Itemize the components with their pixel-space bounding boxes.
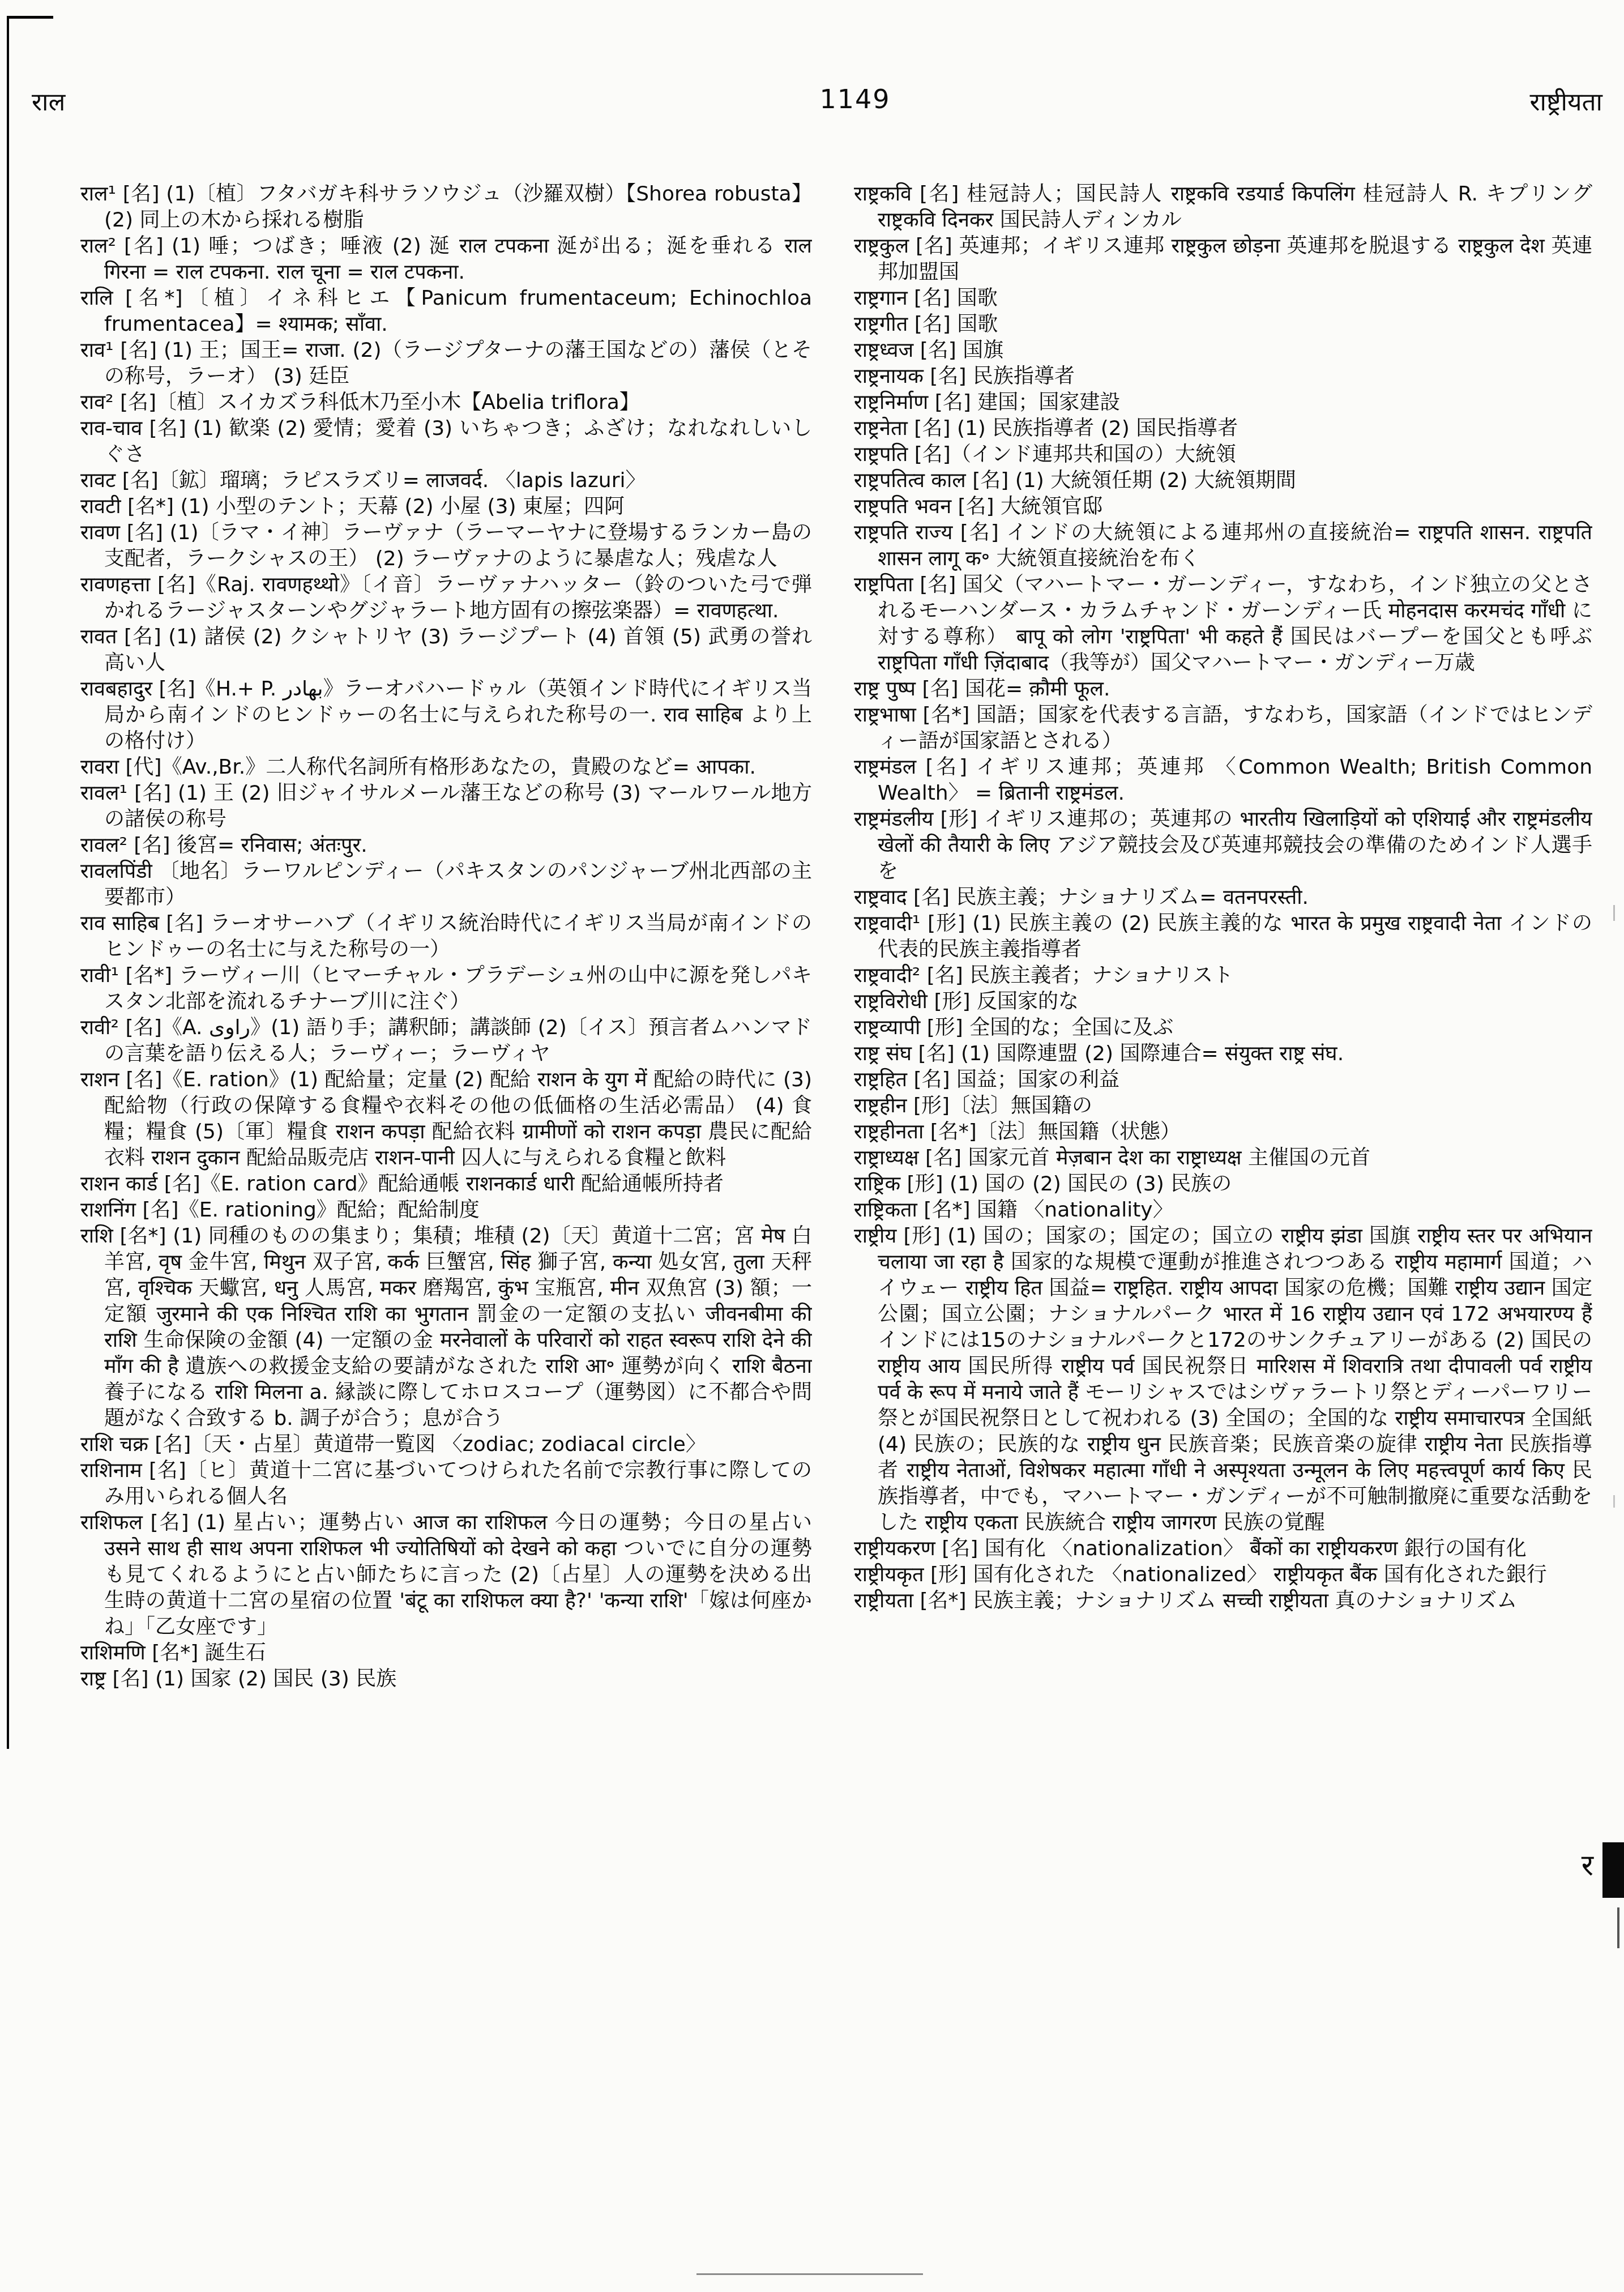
entry-headword: रालि	[80, 287, 113, 310]
dictionary-entry: रावी¹ [名*] ラーヴィー川（ヒマーチャル・プラデーシュ州の山中に源を発し…	[80, 963, 812, 1015]
running-head-right: राष्ट्रीयता	[1530, 84, 1602, 118]
entry-headword: राशन	[80, 1068, 119, 1091]
dictionary-entry: राष्ट्रकुल [名] 英連邦；イギリス連邦 राष्ट्रकुल छोड…	[854, 233, 1592, 285]
dictionary-entry: राष्ट्रपति [名]（インド連邦共和国の）大統領	[854, 442, 1592, 468]
entry-headword: राष्ट्रीयकृत	[854, 1563, 924, 1586]
dictionary-entry: राष्ट्रविरोधी [形] 反国家的な	[854, 989, 1592, 1015]
column-right: राष्ट्रकवि [名] 桂冠詩人；国民詩人 राष्ट्रकवि रडया…	[854, 181, 1592, 2254]
dictionary-entry: राशनिंग [名]《E. rationing》配給；配給制度	[80, 1197, 812, 1223]
left-margin-rule	[7, 16, 9, 1749]
dictionary-entry: राष्ट्रीयता [名*] 民族主義；ナショナリズム सच्ची राष्…	[854, 1588, 1592, 1614]
entry-headword: रावणहत्ता	[80, 573, 150, 596]
page-number: 1149	[770, 84, 940, 114]
dictionary-entry: राशि चक्र [名]〔天・占星〕黄道帯一覧図 〈zodiac; zodia…	[80, 1432, 812, 1458]
dictionary-entry: राल¹ [名] (1)〔植〕フタバガキ科サラソウジュ（沙羅双樹）【Shorea…	[80, 181, 812, 233]
dictionary-entry: रावण [名] (1)〔ラマ・イ神〕ラーヴァナ（ラーマーヤナに登場するランカー…	[80, 520, 812, 572]
entry-headword: राल²	[80, 234, 116, 258]
entry-headword: राष्ट्रवाद	[854, 886, 907, 909]
dictionary-entry: राशन [名]《E. ration》(1) 配給量；定量 (2) 配給 राश…	[80, 1067, 812, 1171]
dictionary-entry: राष्ट्रगीत [名] 国歌	[854, 311, 1592, 338]
dictionary-entry: रावल¹ [名] (1) 王 (2) 旧ジャイサルメール藩王などの称号 (3)…	[80, 780, 812, 833]
entry-headword: राशन कार्ड	[80, 1172, 157, 1196]
entry-headword: रावल²	[80, 834, 127, 857]
entry-headword: राष्ट्रध्वज	[854, 339, 913, 362]
dictionary-entry: रावलपिंडी 〔地名〕ラーワルピンディー（パキスタンのパンジャーブ州北西部…	[80, 859, 812, 911]
entry-headword: राशनिंग	[80, 1198, 136, 1222]
entry-headword: राष्ट्रविरोधी	[854, 990, 928, 1013]
entry-headword: राष्ट्रमंडल	[854, 756, 916, 779]
entry-headword: राष्ट्र संघ	[854, 1042, 912, 1065]
entry-headword: राष्ट्रपिता	[854, 573, 913, 596]
dictionary-entry: रावरा [代]《Av.,Br.》二人称代名詞所有格形あなたの，貴殿のなど= …	[80, 754, 812, 780]
dictionary-page: राल 1149 राष्ट्रीयता राल¹ [名] (1)〔植〕フタバガ…	[0, 0, 1624, 2292]
entry-headword: राशि चक्र	[80, 1433, 148, 1456]
scan-artifact	[1613, 1495, 1615, 1508]
dictionary-entry: राष्ट्रिकता [名*] 国籍 〈nationality〉	[854, 1197, 1592, 1223]
entry-headword: राष्ट्रपतित्व काल	[854, 469, 966, 492]
dictionary-entry: राष्ट्रध्वज [名] 国旗	[854, 338, 1592, 364]
entry-headword: राल¹	[80, 182, 116, 206]
dictionary-entry: राष्ट्रवादी² [名] 民族主義者；ナショナリスト	[854, 963, 1592, 989]
entry-headword: रावरा	[80, 756, 119, 779]
entry-headword: राष्ट्रपति	[854, 443, 908, 466]
entry-headword: राष्ट्रीय	[854, 1224, 896, 1248]
entry-headword: राष्ट्रीयकरण	[854, 1537, 935, 1560]
dictionary-entry: राष्ट्रपिता [名] 国父（マハートマー・ガーンディー，すなわち，イン…	[854, 572, 1592, 676]
dictionary-entry: राष्ट्रिक [形] (1) 国の (2) 国民の (3) 民族の	[854, 1171, 1592, 1197]
entry-headword: राष्ट्रनायक	[854, 365, 924, 388]
dictionary-entry: राष्ट्रमंडलीय [形] イギリス連邦の；英連邦の भारतीय खि…	[854, 806, 1592, 885]
entry-headword: राव-चाव	[80, 417, 142, 440]
dictionary-entry: राष्ट्रपति भवन [名] 大統領官邸	[854, 494, 1592, 520]
entry-headword: राष्ट्रकुल	[854, 234, 909, 258]
entry-headword: राशि	[80, 1224, 113, 1248]
dictionary-entry: राशन कार्ड [名]《E. ration card》配給通帳 राशनक…	[80, 1171, 812, 1197]
dictionary-entry: राष्ट्रीयकृत [形] 国有化された 〈nationalized〉 र…	[854, 1562, 1592, 1588]
dictionary-entry: राष्ट्रनिर्माण [名] 建国；国家建設	[854, 390, 1592, 416]
dictionary-entry: राव-चाव [名] (1) 歓楽 (2) 愛情；愛着 (3) いちゃつき；ふ…	[80, 416, 812, 468]
dictionary-entry: राष्ट्र [名] (1) 国家 (2) 国民 (3) 民族	[80, 1666, 812, 1692]
entry-headword: रावल¹	[80, 782, 127, 805]
entry-headword: राव¹	[80, 339, 114, 362]
entry-headword: राष्ट्रिक	[854, 1172, 900, 1196]
entry-headword: रावटी	[80, 495, 121, 518]
entry-headword: रावट	[80, 469, 116, 492]
entry-headword: राष्ट्रीयता	[854, 1589, 913, 1612]
dictionary-entry: रावत [名] (1) 諸侯 (2) クシャトリヤ (3) ラージプート (4…	[80, 624, 812, 676]
dictionary-entry: राष्ट्रीय [形] (1) 国の；国家の；国定の；国立の राष्ट्र…	[854, 1223, 1592, 1536]
dictionary-entry: राशिमणि [名*] 誕生石	[80, 1640, 812, 1666]
entry-headword: रावी¹	[80, 964, 119, 987]
scan-artifact	[696, 2273, 923, 2275]
entry-headword: राशिमणि	[80, 1641, 146, 1664]
dictionary-entry: राष्ट्रीयकरण [名] 国有化 〈nationalization〉 ब…	[854, 1536, 1592, 1562]
dictionary-entry: राष्ट्रनायक [名] 民族指導者	[854, 364, 1592, 390]
dictionary-entry: राष्ट्रभाषा [名*] 国語；国家を代表する言語，すなわち，国家語（イ…	[854, 702, 1592, 754]
entry-headword: राव²	[80, 391, 114, 414]
dictionary-entry: रावटी [名*] (1) 小型のテント；天幕 (2) 小屋 (3) 東屋；四…	[80, 494, 812, 520]
scan-artifact	[1613, 905, 1615, 921]
dictionary-entry: राष्ट्रमंडल [名] イギリス連邦；英連邦 〈Common Wealt…	[854, 754, 1592, 806]
dictionary-entry: राल² [名] (1) 唾；つばき；唾液 (2) 涎 राल टपकना 涎が…	[80, 233, 812, 285]
entry-headword: राष्ट्रनिर्माण	[854, 391, 928, 414]
dictionary-entry: रावबहादुर [名]《H.+ P. بهادر》ラーオバハードゥル（英領イ…	[80, 676, 812, 754]
dictionary-entry: राष्ट्रनेता [名] (1) 民族指導者 (2) 国民指導者	[854, 416, 1592, 442]
dictionary-entry: राव² [名]〔植〕スイカズラ科低木乃至小木【Abelia triflora】	[80, 390, 812, 416]
thumb-index-letter: र	[1582, 1844, 1593, 1884]
dictionary-entry: राष्ट्रवाद [名] 民族主義；ナショナリズム= वतनपरस्ती.	[854, 885, 1592, 911]
entry-headword: राव साहिब	[80, 912, 159, 935]
entry-headword: रावत	[80, 625, 117, 648]
entry-headword: राशिनाम	[80, 1459, 142, 1482]
dictionary-entry: राष्ट्र संघ [名] (1) 国際連盟 (2) 国際連合= संयुक…	[854, 1041, 1592, 1067]
entry-headword: राष्ट्रहीनता	[854, 1120, 924, 1143]
dictionary-entry: राष्ट्रपति राज्य [名] インドの大統領による連邦州の直接統治=…	[854, 520, 1592, 572]
entry-headword: राष्ट्रिकता	[854, 1198, 917, 1222]
dictionary-entry: राष्ट्र पुष्प [名] 国花= क़ौमी फूल.	[854, 676, 1592, 702]
entry-headword: रावण	[80, 521, 120, 544]
entry-headword: राष्ट्रभाषा	[854, 703, 916, 727]
dictionary-entry: रावट [名]〔鉱〕瑠璃；ラピスラズリ= लाजवर्द. 〈lapis la…	[80, 468, 812, 494]
entry-headword: रावबहादुर	[80, 677, 152, 701]
dictionary-entry: राष्ट्रपतित्व काल [名] (1) 大統領任期 (2) 大統領期…	[854, 468, 1592, 494]
entry-headword: राष्ट्रगीत	[854, 313, 908, 336]
dictionary-entry: राष्ट्रवादी¹ [形] (1) 民族主義の (2) 民族主義的な भा…	[854, 911, 1592, 963]
entry-headword: राष्ट्रगान	[854, 287, 908, 310]
scan-artifact	[1617, 1907, 1619, 1948]
dictionary-entry: राशिनाम [名]〔ヒ〕黄道十二宮に基づいてつけられた名前で宗教行事に際して…	[80, 1458, 812, 1510]
dictionary-entry: रालि [名*]〔植〕イネ科ヒエ【Panicum frumentaceum; …	[80, 285, 812, 338]
dictionary-entry: राष्ट्रव्यापी [形] 全国的な；全国に及ぶ	[854, 1015, 1592, 1041]
dictionary-entry: रावणहत्ता [名]《Raj. रावणहथ्थो》〔イ音〕ラーヴァナハッ…	[80, 572, 812, 624]
dictionary-entry: राष्ट्रगान [名] 国歌	[854, 285, 1592, 311]
dictionary-entry: रावल² [名] 後宮= रनिवास; अंतःपुर.	[80, 833, 812, 859]
dictionary-entry: राष्ट्रहीन [形]〔法〕無国籍の	[854, 1093, 1592, 1119]
entry-headword: राष्ट्र	[80, 1667, 106, 1691]
running-head-left: राल	[32, 84, 65, 118]
entry-headword: राष्ट्राध्यक्ष	[854, 1146, 919, 1170]
dictionary-entry: राष्ट्रकवि [名] 桂冠詩人；国民詩人 राष्ट्रकवि रडया…	[854, 181, 1592, 233]
entry-headword: राष्ट्र पुष्प	[854, 677, 916, 701]
entry-headword: राष्ट्रवादी¹	[854, 912, 920, 935]
entry-headword: राष्ट्रपति भवन	[854, 495, 951, 518]
entry-headword: राष्ट्रनेता	[854, 417, 908, 440]
entry-headword: राशिफल	[80, 1511, 143, 1534]
entry-headword: रावलपिंडी	[80, 860, 152, 883]
dictionary-entry: राशिफल [名] (1) 星占い；運勢占い आज का राशिफल 今日の…	[80, 1510, 812, 1640]
entry-headword: राष्ट्रकवि	[854, 182, 912, 206]
column-left: राल¹ [名] (1)〔植〕フタバガキ科サラソウジュ（沙羅双樹）【Shorea…	[80, 181, 812, 2254]
thumb-index-tab	[1602, 1842, 1624, 1898]
entry-headword: रावी²	[80, 1016, 119, 1039]
entry-headword: राष्ट्रमंडलीय	[854, 808, 933, 831]
entry-headword: राष्ट्रहीन	[854, 1094, 907, 1117]
dictionary-entry: रावी² [名]《A. راوی》(1) 語り手；講釈師；講談師 (2)〔イス…	[80, 1015, 812, 1067]
dictionary-entry: राष्ट्रहीनता [名*]〔法〕無国籍（状態）	[854, 1119, 1592, 1145]
entry-headword: राष्ट्रवादी²	[854, 964, 920, 987]
dictionary-entry: राष्ट्रहित [名] 国益；国家の利益	[854, 1067, 1592, 1093]
dictionary-entry: राव साहिब [名] ラーオサーハブ（イギリス統治時代にイギリス当局が南イ…	[80, 911, 812, 963]
dictionary-entry: राशि [名*] (1) 同種のものの集まり；集積；堆積 (2)〔天〕黄道十二…	[80, 1223, 812, 1432]
dictionary-entry: राव¹ [名] (1) 王；国王= राजा. (2)（ラージプターナの藩王国…	[80, 338, 812, 390]
entry-headword: राष्ट्रहित	[854, 1068, 907, 1091]
dictionary-entry: राष्ट्राध्यक्ष [名] 国家元首 मेज़बान देश का र…	[854, 1145, 1592, 1171]
entry-headword: राष्ट्रव्यापी	[854, 1016, 920, 1039]
top-left-tick	[7, 16, 53, 19]
entry-headword: राष्ट्रपति राज्य	[854, 521, 952, 544]
